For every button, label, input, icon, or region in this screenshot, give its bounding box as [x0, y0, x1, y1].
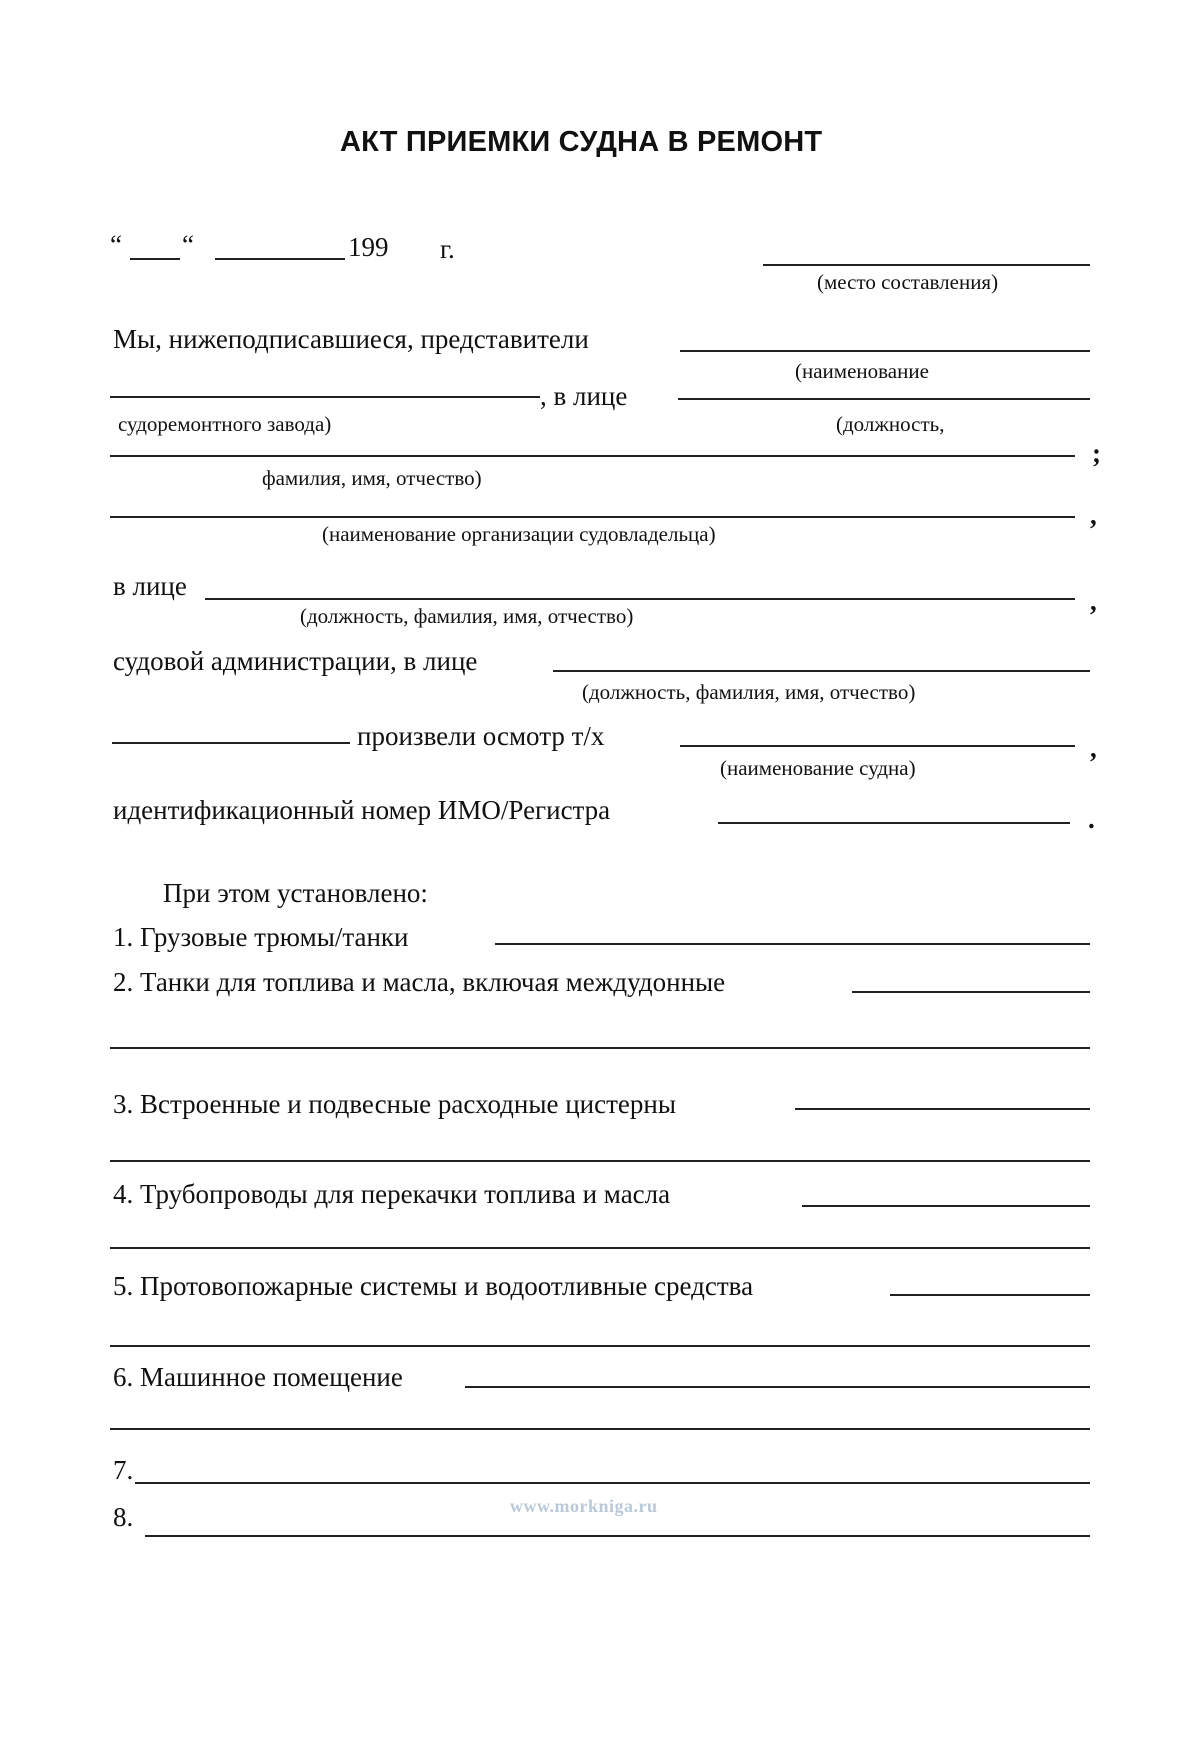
yard-name-field-continued[interactable]	[110, 396, 540, 398]
caption-owner-org: (наименование организации судовладельца)	[322, 524, 716, 545]
period: .	[1088, 806, 1095, 833]
finding-item-8: 8.	[113, 1504, 133, 1531]
finding-item-1: 1. Грузовые трюмы/танки	[113, 924, 408, 951]
ship-name-field[interactable]	[680, 745, 1075, 747]
date-quote-open: “	[110, 232, 122, 259]
semicolon: ;	[1092, 440, 1101, 467]
place-caption: (место составления)	[817, 272, 998, 293]
caption-name: (наименование	[795, 361, 929, 382]
watermark: www.morkniga.ru	[510, 1496, 658, 1517]
date-quote-close: “	[182, 232, 194, 259]
finding-1-field[interactable]	[495, 943, 1090, 945]
finding-5-field-continued[interactable]	[110, 1345, 1090, 1347]
finding-2-field-continued[interactable]	[110, 1047, 1090, 1049]
finding-3-field-continued[interactable]	[110, 1160, 1090, 1162]
owner-rep-field[interactable]	[205, 598, 1075, 600]
caption-fio: фамилия, имя, отчество)	[262, 468, 482, 489]
imo-text: идентификационный номер ИМО/Регистра	[113, 797, 610, 824]
caption-factory: судоремонтного завода)	[118, 414, 331, 435]
in-person-text-2: в лице	[113, 573, 187, 600]
ship-admin-rep-field-continued[interactable]	[112, 742, 350, 744]
year-prefix: 199	[348, 234, 389, 261]
document-title: АКТ ПРИЕМКИ СУДНА В РЕМОНТ	[340, 126, 822, 159]
year-suffix: г.	[440, 236, 455, 263]
comma-1: ,	[1090, 502, 1097, 529]
finding-6-field-continued[interactable]	[110, 1428, 1090, 1430]
day-field[interactable]	[130, 258, 180, 260]
comma-2: ,	[1090, 588, 1097, 615]
finding-3-field[interactable]	[795, 1108, 1090, 1110]
finding-item-5: 5. Протовопожарные системы и водоотливны…	[113, 1273, 753, 1300]
owner-org-field[interactable]	[110, 516, 1075, 518]
place-field[interactable]	[763, 264, 1090, 266]
finding-item-3: 3. Встроенные и подвесные расходные цист…	[113, 1091, 676, 1118]
finding-4-field-continued[interactable]	[110, 1247, 1090, 1249]
finding-item-2: 2. Танки для топлива и масла, включая ме…	[113, 969, 725, 996]
imo-field[interactable]	[718, 822, 1070, 824]
caption-position-fio-2: (должность, фамилия, имя, отчество)	[582, 682, 915, 703]
caption-ship-name: (наименование судна)	[720, 758, 916, 779]
month-field[interactable]	[215, 258, 345, 260]
ship-admin-rep-field[interactable]	[553, 670, 1090, 672]
findings-heading: При этом установлено:	[163, 880, 428, 907]
yard-rep-position-field[interactable]	[678, 398, 1090, 400]
caption-position-fio: (должность, фамилия, имя, отчество)	[300, 606, 633, 627]
finding-5-field[interactable]	[890, 1294, 1090, 1296]
caption-position: (должность,	[836, 414, 944, 435]
finding-item-7: 7.	[113, 1457, 133, 1484]
finding-4-field[interactable]	[802, 1205, 1090, 1207]
finding-7-field[interactable]	[135, 1482, 1090, 1484]
in-person-text: , в лице	[540, 383, 627, 410]
finding-item-6: 6. Машинное помещение	[113, 1364, 403, 1391]
yard-rep-fio-field[interactable]	[110, 455, 1075, 457]
comma-3: ,	[1090, 735, 1097, 762]
intro-text: Мы, нижеподписавшиеся, представители	[113, 326, 589, 353]
finding-6-field[interactable]	[465, 1386, 1090, 1388]
finding-8-field[interactable]	[145, 1535, 1090, 1537]
finding-2-field[interactable]	[852, 991, 1090, 993]
inspected-text: произвели осмотр т/х	[357, 723, 604, 750]
finding-item-4: 4. Трубопроводы для перекачки топлива и …	[113, 1181, 670, 1208]
ship-admin-text: судовой администрации, в лице	[113, 648, 477, 675]
yard-name-field[interactable]	[680, 350, 1090, 352]
